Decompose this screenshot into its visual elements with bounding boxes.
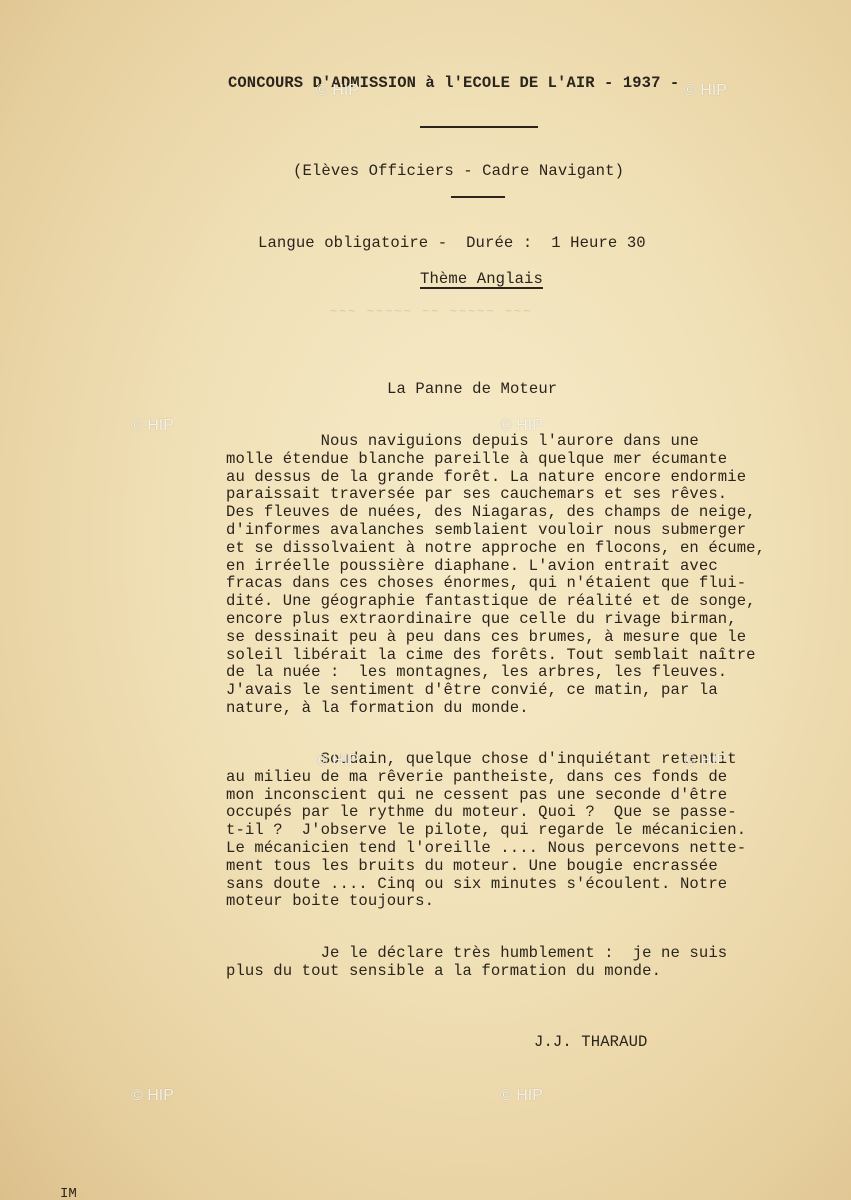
document-subtitle: (Elèves Officiers - Cadre Navigant)	[293, 162, 624, 180]
section-heading: Thème Anglais	[420, 270, 543, 288]
text-line: Le mécanicien tend l'oreille .... Nous p…	[226, 839, 746, 857]
document-title: CONCOURS D'ADMISSION à l'ECOLE DE L'AIR …	[228, 74, 679, 92]
copyright-watermark: © HIP	[316, 82, 359, 100]
footer-initials: IM	[60, 1186, 77, 1200]
text-line: plus du tout sensible a la formation du …	[226, 962, 661, 980]
text-line: en irréelle poussière diaphane. L'avion …	[226, 557, 718, 575]
copyright-watermark: © HIP	[131, 1087, 174, 1105]
text-line: d'informes avalanches semblaient vouloir…	[226, 521, 746, 539]
text-line: molle étendue blanche pareille à quelque…	[226, 450, 727, 468]
copyright-watermark: © HIP	[500, 1087, 543, 1105]
copyright-watermark: © HIP	[131, 417, 174, 435]
copyright-watermark: © HIP	[500, 417, 543, 435]
text-line: ment tous les bruits du moteur. Une boug…	[226, 857, 718, 875]
text-line: et se dissolvaient à notre approche en f…	[226, 539, 765, 557]
text-line: t-il ? J'observe le pilote, qui regarde …	[226, 821, 746, 839]
title-divider	[420, 126, 538, 128]
exam-info: Langue obligatoire - Durée : 1 Heure 30	[258, 234, 646, 252]
text-title: La Panne de Moteur	[387, 380, 557, 398]
text-line: moteur boite toujours.	[226, 892, 434, 910]
text-line: encore plus extraordinaire que celle du …	[226, 610, 737, 628]
text-line: occupés par le rythme du moteur. Quoi ? …	[226, 803, 737, 821]
text-line: Des fleuves de nuées, des Niagaras, des …	[226, 503, 756, 521]
subtitle-divider	[451, 196, 505, 198]
text-line: nature, à la formation du monde.	[226, 699, 529, 717]
text-line: sans doute .... Cinq ou six minutes s'éc…	[226, 875, 727, 893]
typed-document-page: CONCOURS D'ADMISSION à l'ECOLE DE L'AIR …	[0, 0, 851, 1200]
text-line: Soudain, quelque chose d'inquiétant rete…	[226, 750, 737, 768]
copyright-watermark: © HIP	[316, 752, 359, 770]
copyright-watermark: © HIP	[684, 82, 727, 100]
text-line: mon inconscient qui ne cessent pas une s…	[226, 786, 727, 804]
text-line: se dessinait peu à peu dans ces brumes, …	[226, 628, 746, 646]
text-line: fracas dans ces choses énormes, qui n'ét…	[226, 574, 746, 592]
text-line: soleil libérait la cime des forêts. Tout…	[226, 646, 756, 664]
text-line: paraissait traversée par ses cauchemars …	[226, 485, 727, 503]
text-line: Nous naviguions depuis l'aurore dans une	[226, 432, 699, 450]
text-line: Je le déclare très humblement : je ne su…	[226, 944, 727, 962]
signature: J.J. THARAUD	[534, 1033, 648, 1051]
copyright-watermark: © HIP	[684, 752, 727, 770]
text-line: J'avais le sentiment d'être convié, ce m…	[226, 681, 718, 699]
bleed-through-text: ~~~ ~~~~~ ~~ ~~~~~ ~~~	[330, 305, 532, 319]
text-line: au dessus de la grande forêt. La nature …	[226, 468, 746, 486]
text-line: dité. Une géographie fantastique de réal…	[226, 592, 756, 610]
text-line: au milieu de ma rêverie pantheiste, dans…	[226, 768, 727, 786]
text-line: de la nuée : les montagnes, les arbres, …	[226, 663, 727, 681]
